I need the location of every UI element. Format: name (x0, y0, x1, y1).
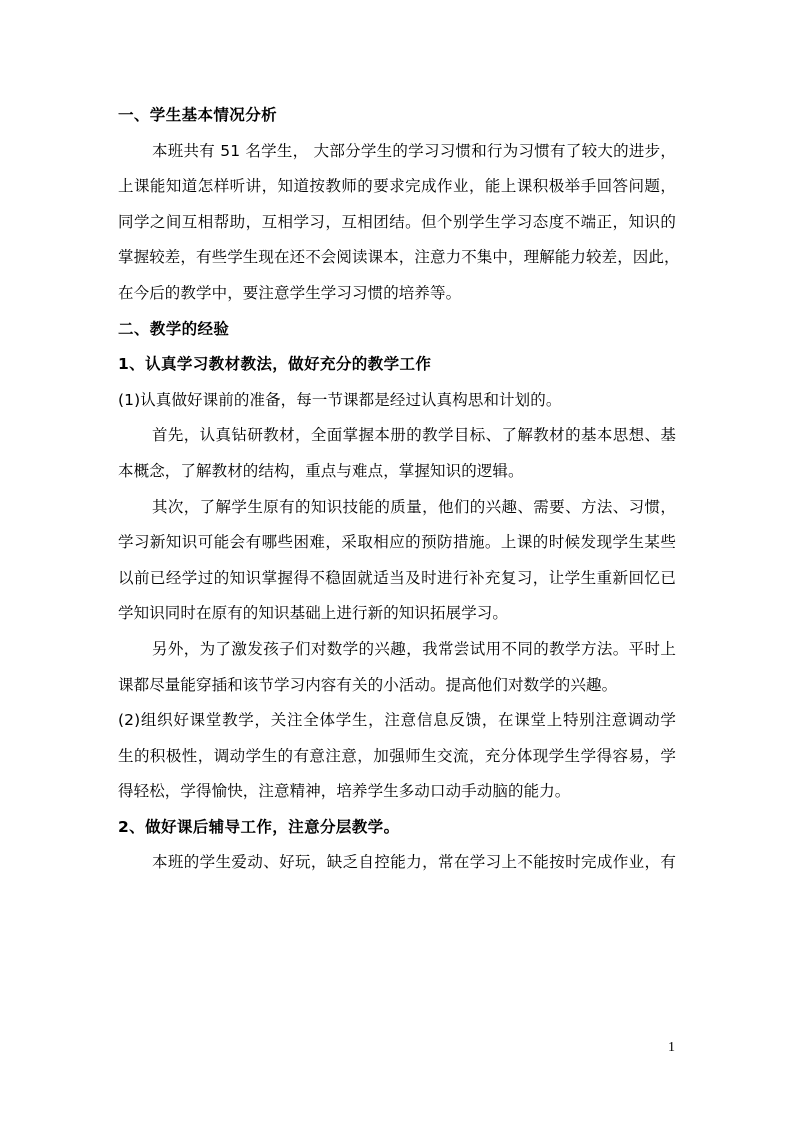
paragraph-line: 学习新知识可能会有哪些困难，采取相应的预防措施。上课的时候发现学生某些 (118, 530, 676, 566)
paragraph-line: 本班的学生爱动、好玩，缺乏自控能力，常在学习上不能按时完成作业，有 (118, 850, 676, 886)
page-number: 1 (668, 1040, 675, 1056)
paragraph-line: 其次，了解学生原有的知识技能的质量，他们的兴趣、需要、方法、习惯， (118, 495, 676, 531)
paragraph-line: 本班共有 51 名学生， 大部分学生的学习习惯和行为习惯有了较大的进步， (118, 139, 676, 175)
paragraph-line: (1)认真做好课前的准备，每一节课都是经过认真构思和计划的。 (118, 388, 678, 424)
document-body: 一、学生基本情况分析 本班共有 51 名学生， 大部分学生的学习习惯和行为习惯有… (118, 103, 678, 886)
paragraph-line: 学知识同时在原有的知识基础上进行新的知识拓展学习。 (118, 601, 678, 637)
paragraph-line: 另外，为了激发孩子们对数学的兴趣，我常尝试用不同的教学方法。平时上 (118, 637, 676, 673)
section-heading-student-analysis: 一、学生基本情况分析 (118, 103, 678, 139)
document-page: 一、学生基本情况分析 本班共有 51 名学生， 大部分学生的学习习惯和行为习惯有… (0, 0, 793, 1122)
paragraph-line: 以前已经学过的知识掌握得不稳固就适当及时进行补充复习，让学生重新回忆已 (118, 566, 676, 602)
paragraph-line: 课都尽量能穿插和该节学习内容有关的小活动。提高他们对数学的兴趣。 (118, 673, 678, 709)
paragraph-line: 在今后的教学中，要注意学生学习习惯的培养等。 (118, 281, 678, 317)
paragraph-line: 上课能知道怎样听讲，知道按教师的要求完成作业，能上课积极举手回答问题， (118, 174, 676, 210)
paragraph-line: 得轻松，学得愉快，注意精神，培养学生多动口动手动脑的能力。 (118, 779, 678, 815)
paragraph-line: 首先，认真钻研教材，全面掌握本册的教学目标、了解教材的基本思想、基 (118, 423, 676, 459)
paragraph-line: 同学之间互相帮助，互相学习，互相团结。但个别学生学习态度不端正，知识的 (118, 210, 676, 246)
paragraph-line: (2)组织好课堂教学，关注全体学生，注意信息反馈，在课堂上特别注意调动学 (118, 708, 676, 744)
paragraph-line: 掌握较差，有些学生现在还不会阅读课本，注意力不集中，理解能力较差，因此， (118, 245, 676, 281)
paragraph-line: 本概念，了解教材的结构，重点与难点，掌握知识的逻辑。 (118, 459, 678, 495)
paragraph-line: 生的积极性，调动学生的有意注意，加强师生交流，充分体现学生学得容易，学 (118, 744, 676, 780)
subheading-study-materials: 1、认真学习教材教法，做好充分的教学工作 (118, 352, 678, 388)
section-heading-teaching-experience: 二、教学的经验 (118, 317, 678, 353)
subheading-after-class-tutoring: 2、做好课后辅导工作，注意分层教学。 (118, 815, 678, 851)
